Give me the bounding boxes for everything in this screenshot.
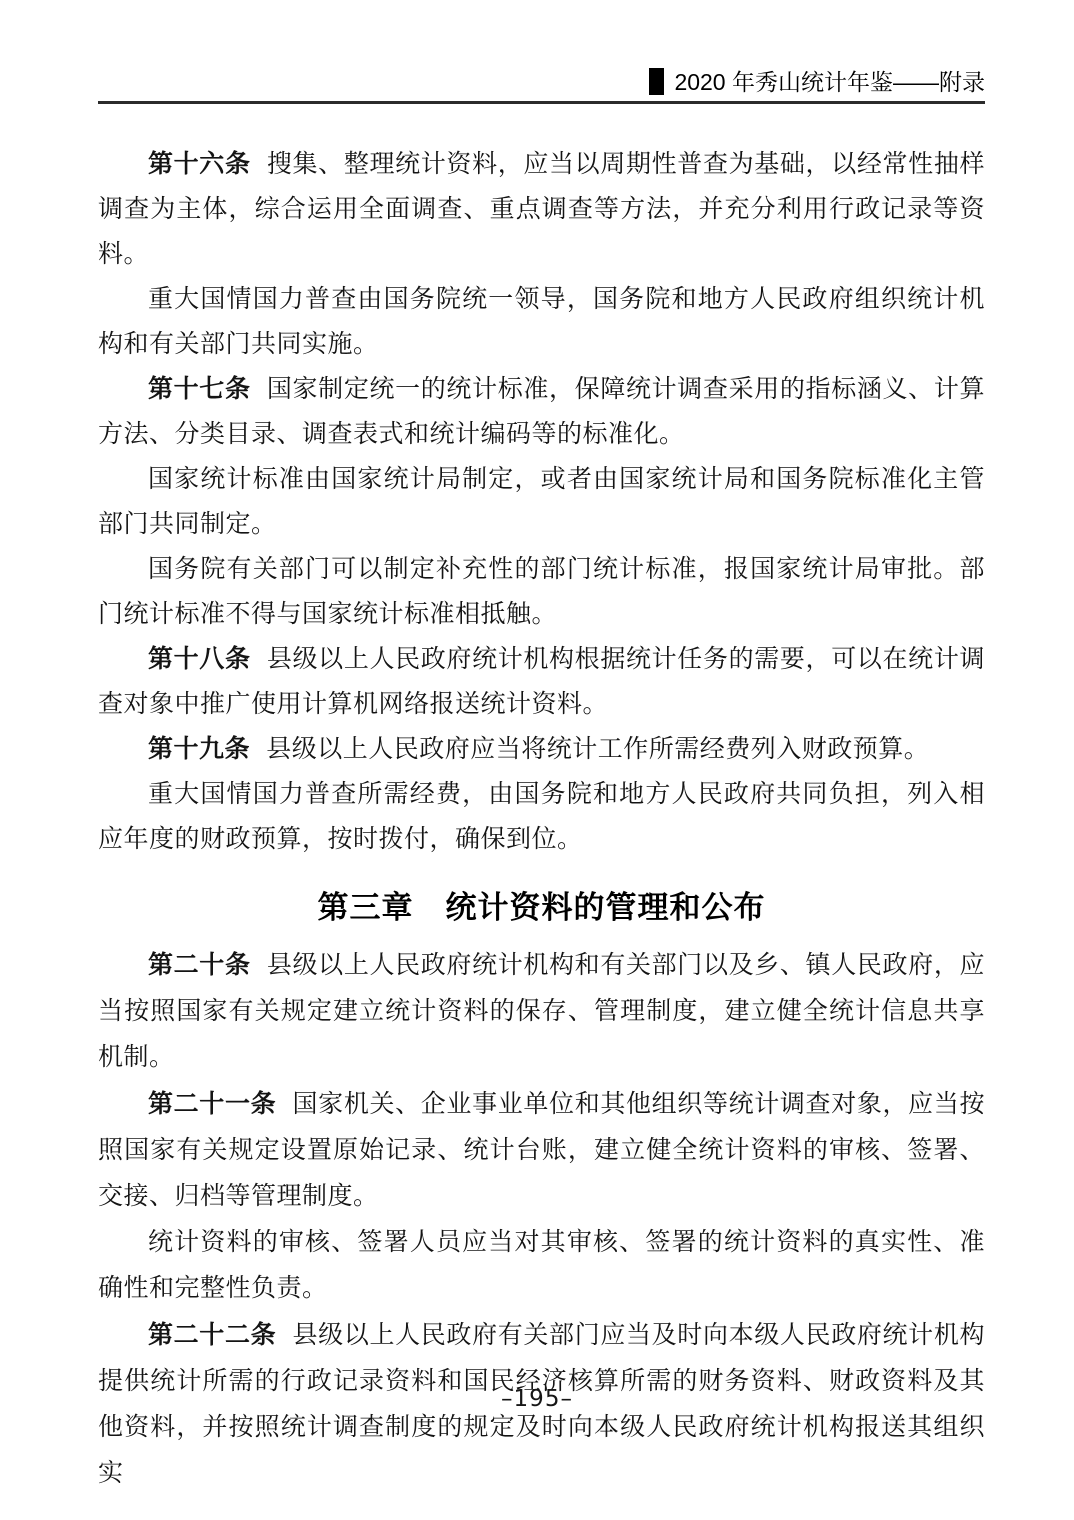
page-header: 2020 年秀山统计年鉴——附录 [98, 0, 985, 96]
section-chapter3-articles: 第二十条县级以上人民政府统计机构和有关部门以及乡、镇人民政府，应当按照国家有关规… [98, 942, 985, 1497]
header-title: 2020 年秀山统计年鉴——附录 [674, 69, 985, 95]
national-standards-text: 国家统计标准由国家统计局制定，或者由国家统计局和国务院标准化主管部门共同制定。 [98, 466, 985, 538]
section-chapter2-articles: 第十六条搜集、整理统计资料，应当以周期性普查为基础，以经常性抽样调查为主体，综合… [98, 142, 985, 862]
article-17-label: 第十七条 [148, 375, 251, 403]
paragraph-article-16: 第十六条搜集、整理统计资料，应当以周期性普查为基础，以经常性抽样调查为主体，综合… [98, 142, 985, 277]
census-funding-text: 重大国情国力普查所需经费，由国务院和地方人民政府共同负担，列入相应年度的财政预算… [98, 781, 985, 853]
page-number: –195– [501, 1386, 573, 1412]
paragraph-article-21: 第二十一条国家机关、企业事业单位和其他组织等统计调查对象，应当按照国家有关规定设… [98, 1081, 985, 1220]
paragraph-article-17: 第十七条国家制定统一的统计标准，保障统计调查采用的指标涵义、计算方法、分类目录、… [98, 367, 985, 457]
paragraph-census-leadership: 重大国情国力普查由国务院统一领导，国务院和地方人民政府组织统计机构和有关部门共同… [98, 277, 985, 367]
header-rule [98, 101, 985, 104]
paragraph-department-standards: 国务院有关部门可以制定补充性的部门统计标准，报国家统计局审批。部门统计标准不得与… [98, 547, 985, 637]
document-page: 2020 年秀山统计年鉴——附录 第十六条搜集、整理统计资料，应当以周期性普查为… [0, 0, 1074, 1520]
page-footer: –195– [0, 1386, 1074, 1412]
chapter-heading: 第三章 统计资料的管理和公布 [98, 887, 985, 929]
article-20-label: 第二十条 [148, 951, 251, 979]
article-18-label: 第十八条 [148, 645, 251, 673]
document-body: 第十六条搜集、整理统计资料，应当以周期性普查为基础，以经常性抽样调查为主体，综合… [98, 142, 985, 1497]
paragraph-census-funding: 重大国情国力普查所需经费，由国务院和地方人民政府共同负担，列入相应年度的财政预算… [98, 772, 985, 862]
header-bar-icon [649, 68, 664, 95]
article-16-label: 第十六条 [148, 150, 251, 178]
article-19-label: 第十九条 [148, 735, 250, 763]
paragraph-article-18: 第十八条县级以上人民政府统计机构根据统计任务的需要，可以在统计调查对象中推广使用… [98, 637, 985, 727]
department-standards-text: 国务院有关部门可以制定补充性的部门统计标准，报国家统计局审批。部门统计标准不得与… [98, 556, 985, 628]
article-19-text: 县级以上人民政府应当将统计工作所需经费列入财政预算。 [266, 736, 929, 763]
article-22-label: 第二十二条 [148, 1321, 276, 1349]
signatory-responsibility-text: 统计资料的审核、签署人员应当对其审核、签署的统计资料的真实性、准确性和完整性负责… [98, 1229, 985, 1302]
paragraph-article-20: 第二十条县级以上人民政府统计机构和有关部门以及乡、镇人民政府，应当按照国家有关规… [98, 942, 985, 1081]
paragraph-article-19: 第十九条县级以上人民政府应当将统计工作所需经费列入财政预算。 [98, 727, 985, 772]
article-21-label: 第二十一条 [148, 1090, 276, 1118]
paragraph-signatory-responsibility: 统计资料的审核、签署人员应当对其审核、签署的统计资料的真实性、准确性和完整性负责… [98, 1220, 985, 1312]
paragraph-national-standards: 国家统计标准由国家统计局制定，或者由国家统计局和国务院标准化主管部门共同制定。 [98, 457, 985, 547]
census-leadership-text: 重大国情国力普查由国务院统一领导，国务院和地方人民政府组织统计机构和有关部门共同… [98, 286, 985, 358]
